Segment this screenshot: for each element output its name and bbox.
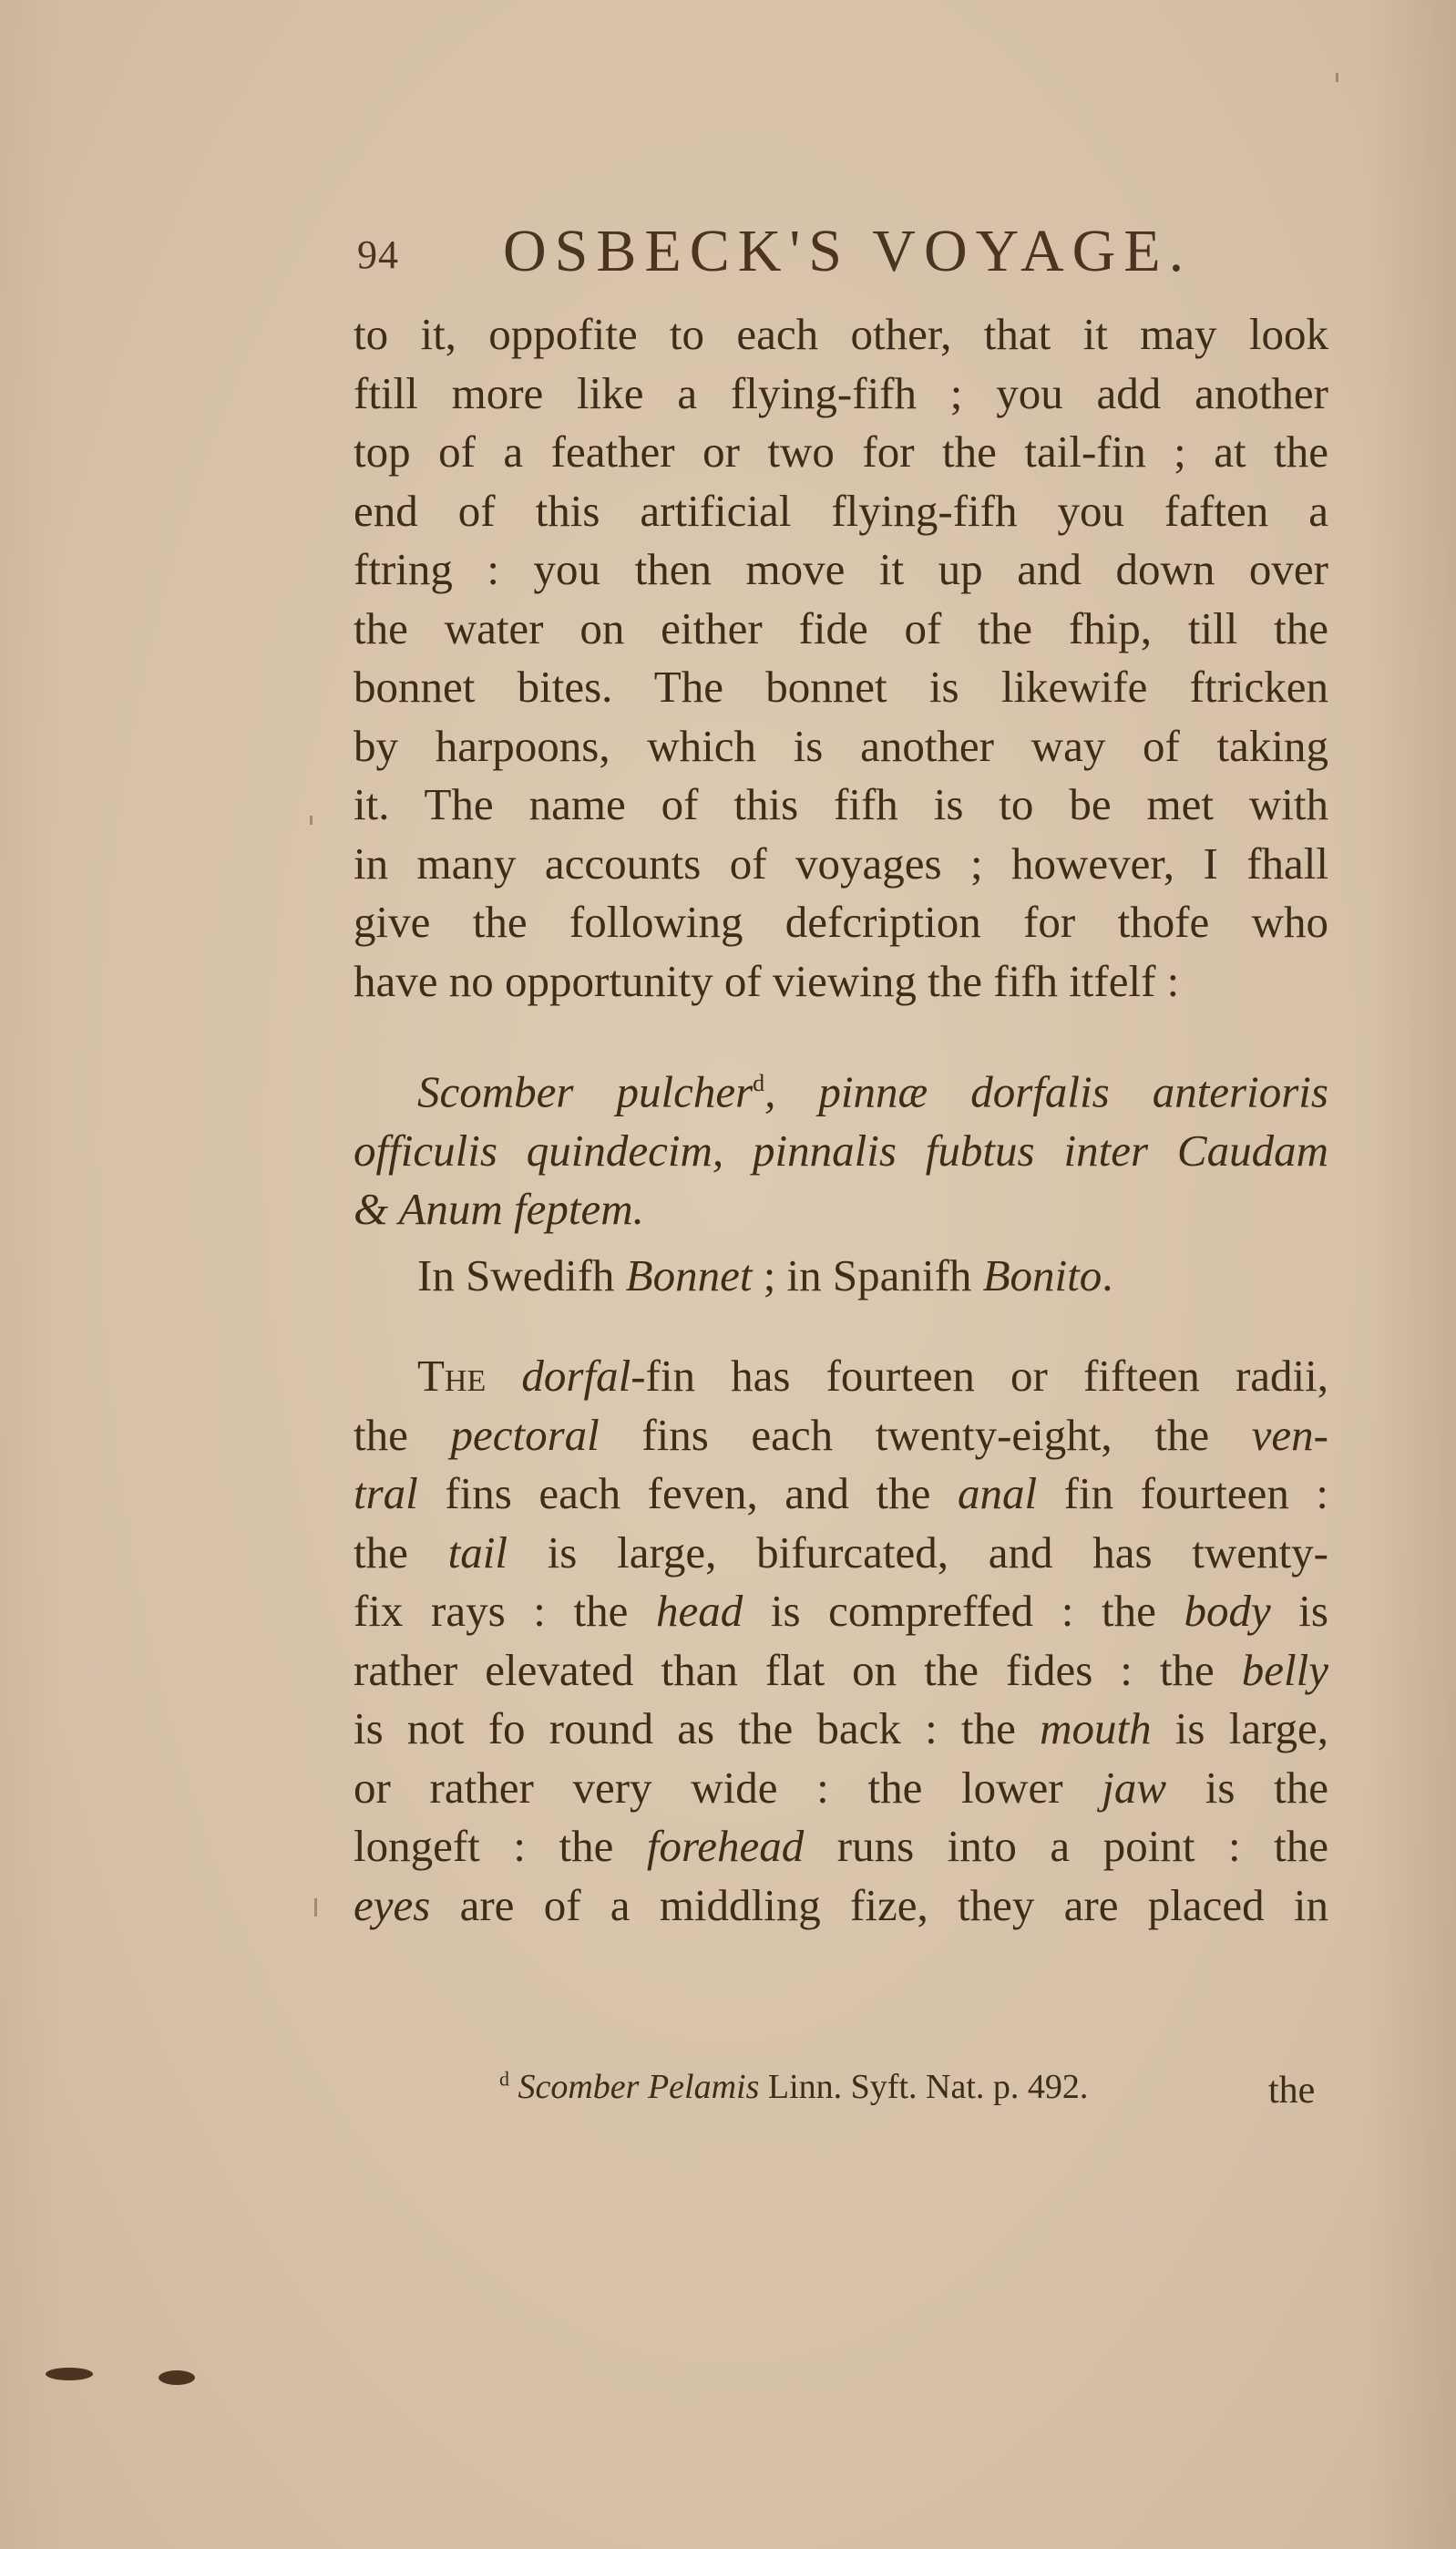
footnote-marker: d [753, 1070, 764, 1096]
italic-term: belly [1242, 1645, 1328, 1695]
italic-term: anal [958, 1468, 1037, 1518]
catchword: the [1268, 2069, 1315, 2112]
text-line: tral fins each feven, and the anal fin f… [354, 1465, 1328, 1524]
fish-description: The dorfal-fin has fourteen or fifteen r… [354, 1347, 1328, 1935]
latin-line: officulis quindecim, pinnalis fubtus int… [354, 1122, 1328, 1181]
ink-stain [159, 2370, 195, 2385]
italic-term: body [1184, 1586, 1270, 1636]
italic-term: forehead [647, 1821, 804, 1871]
text: rather elevated than flat on the fides :… [354, 1645, 1242, 1695]
book-page: 94 OSBECK'S VOYAGE. to it, oppofite to e… [0, 0, 1456, 2549]
text: the [354, 1527, 448, 1578]
text: is not fo round as the back : the [354, 1703, 1040, 1753]
text-line: eyes are of a middling fize, they are pl… [354, 1876, 1328, 1936]
body-text: to it, oppofite to each other, that it m… [354, 305, 1328, 1935]
text-line: to it, oppofite to each other, that it m… [354, 305, 1328, 365]
spanish-name: Bonito [983, 1250, 1102, 1300]
paper-speck [314, 1898, 317, 1917]
text-line: top of a feather or two for the tail-fin… [354, 423, 1328, 482]
italic-term: tral [354, 1468, 418, 1518]
text-line: the water on either fide of the fhip, ti… [354, 600, 1328, 659]
vernacular-names: In Swedifh Bonnet ; in Spanifh Bonito. [354, 1247, 1328, 1306]
text: is [1271, 1586, 1328, 1636]
italic-term: ven- [1252, 1410, 1328, 1460]
italic-term: pectoral [450, 1410, 599, 1460]
species-name: Scomber pulcher [417, 1066, 753, 1116]
footnote-marker: d [499, 2067, 509, 2090]
text-line: the tail is large, bifurcated, and has t… [354, 1524, 1328, 1583]
text: runs into a point : the [804, 1821, 1328, 1871]
text: the [354, 1410, 450, 1460]
text-line: rather elevated than flat on the fides :… [354, 1641, 1328, 1701]
latin-text: , pinnæ dorfalis anterioris [764, 1066, 1328, 1116]
latin-text: officulis quindecim, pinnalis fubtus int… [354, 1125, 1328, 1176]
italic-term: tail [448, 1527, 508, 1578]
text-line: ftring : you then move it up and down ov… [354, 540, 1328, 600]
running-title: OSBECK'S VOYAGE. [503, 217, 1192, 286]
page-header: 94 OSBECK'S VOYAGE. [357, 217, 1268, 290]
text [486, 1351, 521, 1401]
paper-speck [1336, 73, 1338, 82]
text-line: end of this artificial flying-fifh you f… [354, 482, 1328, 541]
ink-stain [46, 2368, 93, 2380]
text: is large, bifurcated, and has twenty- [508, 1527, 1328, 1578]
text: The [417, 1351, 486, 1401]
italic-term: mouth [1040, 1703, 1152, 1753]
text: are of a middling fize, they are placed … [430, 1880, 1328, 1930]
italic-term: eyes [354, 1880, 430, 1930]
text: fix rays : the [354, 1586, 656, 1636]
text: or rather very wide : the lower [354, 1763, 1102, 1813]
paper-speck [310, 816, 313, 825]
text-line: The dorfal-fin has fourteen or fifteen r… [354, 1347, 1328, 1406]
text: fins each feven, and the [418, 1468, 958, 1518]
swedish-name: Bonnet [626, 1250, 753, 1300]
text-line: bonnet bites. The bonnet is likewife ftr… [354, 658, 1328, 717]
text: is compreffed : the [743, 1586, 1184, 1636]
text: In Swedifh [417, 1250, 626, 1300]
text-line: fix rays : the head is compreffed : the … [354, 1582, 1328, 1641]
footnote-species: Scomber Pelamis [518, 2068, 760, 2106]
italic-term: dorfal [521, 1351, 631, 1401]
text-line: is not fo round as the back : the mouth … [354, 1700, 1328, 1759]
text-line: or rather very wide : the lower jaw is t… [354, 1759, 1328, 1818]
text-line: the pectoral fins each twenty-eight, the… [354, 1406, 1328, 1465]
text: fin fourteen : [1037, 1468, 1328, 1518]
text: fins each twenty-eight, the [600, 1410, 1252, 1460]
latin-text: & Anum feptem. [354, 1184, 644, 1234]
text-line: in many accounts of voyages ; however, I… [354, 835, 1328, 894]
text: longeft : the [354, 1821, 647, 1871]
latin-line: & Anum feptem. [354, 1180, 1328, 1239]
text-line: it. The name of this fifh is to be met w… [354, 776, 1328, 835]
page-number: 94 [357, 231, 399, 278]
text: -fin has fourteen or fifteen radii, [631, 1351, 1328, 1401]
latin-description: Scomber pulcherd, pinnæ dorfalis anterio… [354, 1054, 1328, 1239]
text-line: give the following defcription for thofe… [354, 893, 1328, 952]
latin-line: Scomber pulcherd, pinnæ dorfalis anterio… [354, 1054, 1328, 1122]
text: ; in Spanifh [752, 1250, 982, 1300]
text-line: by harpoons, which is another way of tak… [354, 717, 1328, 776]
text-line: longeft : the forehead runs into a point… [354, 1817, 1328, 1876]
text-line: ftill more like a flying-fifh ; you add … [354, 365, 1328, 424]
text: is large, [1152, 1703, 1328, 1753]
italic-term: head [656, 1586, 743, 1636]
footnote: d Scomber Pelamis Linn. Syft. Nat. p. 49… [499, 2067, 1088, 2107]
text-line: have no opportunity of viewing the fifh … [354, 952, 1328, 1012]
text: is the [1166, 1763, 1328, 1813]
footnote-reference: Linn. Syft. Nat. p. 492. [759, 2068, 1088, 2106]
text: . [1102, 1250, 1113, 1300]
italic-term: jaw [1102, 1763, 1166, 1813]
